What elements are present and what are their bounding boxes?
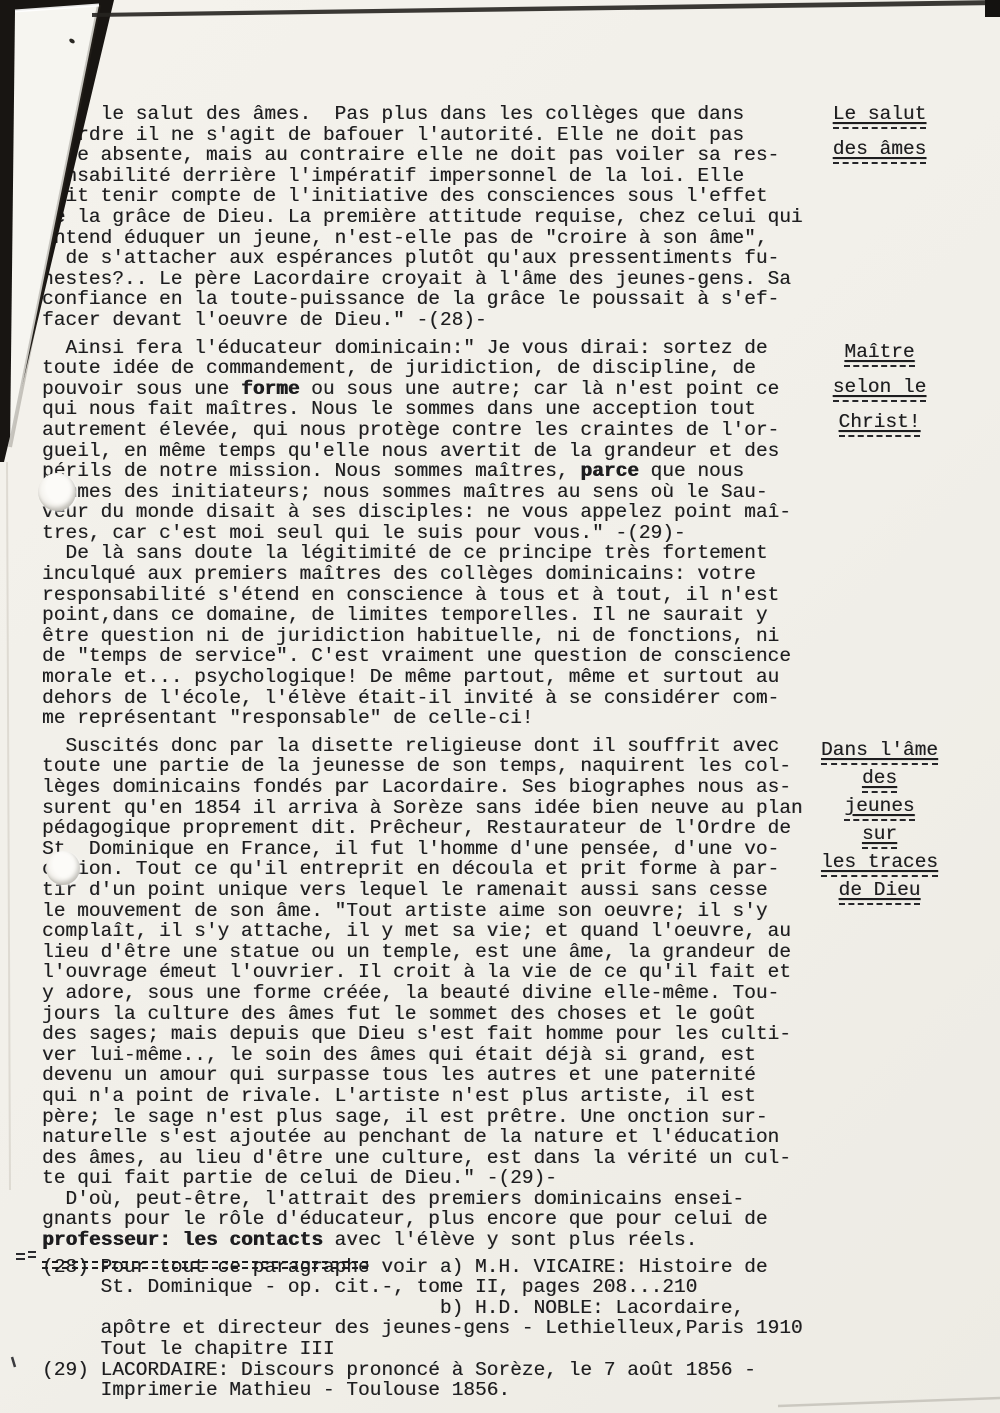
text-line: de "temps de service". C'est vraiment un…: [42, 646, 902, 667]
margin-note-line: des: [782, 767, 977, 793]
text-line: Imprimerie Mathieu - Toulouse 1856.: [42, 1380, 902, 1401]
margin-note-maitre-selon-le-christ: Maîtreselon leChrist!: [782, 341, 977, 446]
text-line: des sages; mais depuis que Dieu s'est fa…: [42, 1024, 902, 1045]
margin-note-text: Le salut: [833, 105, 927, 129]
text-line: toute idée de commandement, de juridicti…: [42, 358, 902, 379]
text-line: pédagogique proprement dit. Prêcheur, Re…: [42, 818, 902, 839]
margin-note-line: Dans l'âme: [782, 739, 977, 765]
text-line: lèges dominicains fondés par Lacordaire.…: [42, 777, 902, 798]
text-line: (29) LACORDAIRE: Discours prononcé à Sor…: [42, 1360, 902, 1381]
body-paragraph: dre: le salut des âmes. Pas plus dans le…: [42, 104, 902, 331]
text-line: père; le sage n'est plus sage, il est pr…: [42, 1107, 902, 1128]
text-line: (28) Pour tout ce paragraphe voir a) M.H…: [42, 1257, 902, 1278]
text-line: jours la culture des âmes fut le sommet …: [42, 1004, 902, 1025]
text-line: D'où, peut-être, l'attrait des premiers …: [42, 1189, 902, 1210]
text-line: l'Ordre il ne s'agit de bafouer l'autori…: [42, 125, 902, 146]
margin-note-text: des âmes: [833, 140, 927, 164]
text-line: tres, car c'est moi seul qui le suis pou…: [42, 523, 902, 544]
margin-note-text: jeunes: [844, 797, 914, 821]
text-line: professeur: les contacts avec l'élève y …: [42, 1230, 902, 1251]
text-line: des âmes, au lieu d'être une culture, es…: [42, 1148, 902, 1169]
text-line: pouvoir sous une forme ou sous une autre…: [42, 379, 902, 400]
margin-note-line: les traces: [782, 851, 977, 877]
text-line: cation. Tout ce qu'il entreprit en décou…: [42, 859, 902, 880]
text-line: le mouvement de son âme. "Tout artiste a…: [42, 901, 902, 922]
body-paragraph: De là sans doute la légitimité de ce pri…: [42, 543, 902, 728]
body-paragraph: Suscités donc par la disette religieuse …: [42, 736, 902, 1189]
text-line: gueil, en même temps qu'elle nous averti…: [42, 441, 902, 462]
text-line: responsabilité s'étend en conscience à t…: [42, 585, 902, 606]
text-line: inculqué aux premiers maîtres des collèg…: [42, 564, 902, 585]
scanned-document-page: dre: le salut des âmes. Pas plus dans le…: [0, 0, 1000, 1413]
text-line: veur du monde disait à ses disciples: ne…: [42, 502, 902, 523]
margin-note-line: Christ!: [782, 411, 977, 437]
left-edge-line: [7, 462, 10, 1190]
text-line: surent qu'en 1854 il arriva à Sorèze san…: [42, 798, 902, 819]
text-line: ponsabilité derrière l'impératif imperso…: [42, 166, 902, 187]
text-line: facer devant l'oeuvre de Dieu." -(28)-: [42, 310, 902, 331]
margin-note-line: Maître: [782, 341, 977, 367]
text-line: autrement élevée, qui nous protège contr…: [42, 420, 902, 441]
text-line: sommes des initiateurs; nous sommes maît…: [42, 482, 902, 503]
text-line: périls de notre mission. Nous sommes maî…: [42, 461, 902, 482]
top-edge-line: [92, 0, 1000, 17]
margin-apostrophe-mark: [12, 1357, 15, 1367]
text-line: Ainsi fera l'éducateur dominicain:" Je v…: [42, 338, 902, 359]
margin-note-line: Le salut: [782, 103, 977, 129]
fold-top-edge: [15, 5, 99, 11]
margin-note-text: les traces: [821, 853, 938, 877]
hole-punch: [38, 473, 76, 511]
text-line: dehors de l'école, l'élève était-il invi…: [42, 688, 902, 709]
typewritten-body: dre: le salut des âmes. Pas plus dans le…: [42, 104, 902, 1401]
margin-note-line: sur: [782, 823, 977, 849]
text-line: tir d'un point unique vers lequel le ram…: [42, 880, 902, 901]
text-line: de la grâce de Dieu. La première attitud…: [42, 207, 902, 228]
text-line: qui n'a point de rivale. L'artiste n'est…: [42, 1086, 902, 1107]
hole-punch: [46, 851, 80, 885]
text-line: toute une partie de la jeunesse de son t…: [42, 756, 902, 777]
text-line: dre: le salut des âmes. Pas plus dans le…: [42, 104, 902, 125]
text-line: entend éduquer un jeune, n'est-elle pas …: [42, 228, 902, 249]
text-line: doit tenir compte de l'initiative des co…: [42, 186, 902, 207]
text-line: confiance en la toute-puissance de la gr…: [42, 289, 902, 310]
text-line: gnants pour le rôle d'éducateur, plus en…: [42, 1209, 902, 1230]
margin-note-line: selon le: [782, 376, 977, 402]
margin-note-text: sur: [862, 825, 897, 849]
text-line: qui nous fait maîtres. Nous le sommes da…: [42, 399, 902, 420]
margin-note-text: des: [862, 769, 897, 793]
margin-note-text: de Dieu: [839, 881, 921, 905]
text-line: St. Dominique - op. cit.-, tome II, page…: [42, 1277, 902, 1298]
margin-note-line: de Dieu: [782, 879, 977, 905]
text-line: Suscités donc par la disette religieuse …: [42, 736, 902, 757]
text-line: me représentant "responsable" de celle-c…: [42, 708, 902, 729]
text-line: y adore, sous une forme créée, la beauté…: [42, 983, 902, 1004]
text-line: l'ouvrage émeut l'ouvrier. Il croit à la…: [42, 962, 902, 983]
text-line: être question ni de juridiction habituel…: [42, 626, 902, 647]
fold-speck: [68, 38, 75, 45]
text-line: te qui fait partie de celui de Dieu." -(…: [42, 1168, 902, 1189]
footnotes-block: (28) Pour tout ce paragraphe voir a) M.H…: [42, 1257, 902, 1401]
top-right-notch: [985, 0, 1000, 17]
margin-typo-marks: [16, 1252, 36, 1259]
text-line: morale et... psychologique! De même part…: [42, 667, 902, 688]
margin-note-text: Maître: [844, 343, 914, 367]
text-line: apôtre et directeur des jeunes-gens - Le…: [42, 1318, 902, 1339]
text-line: être absente, mais au contraire elle ne …: [42, 145, 902, 166]
text-line: Tout le chapitre III: [42, 1339, 902, 1360]
margin-note-text: Christ!: [839, 413, 921, 437]
text-line: nestes?.. Le père Lacordaire croyait à l…: [42, 269, 902, 290]
margin-note-text: selon le: [833, 378, 927, 402]
text-line: ver lui-même.., le soin des âmes qui éta…: [42, 1045, 902, 1066]
text-line: devenu un amour qui surpasse tous les au…: [42, 1065, 902, 1086]
margin-note-line: jeunes: [782, 795, 977, 821]
margin-note-line: des âmes: [782, 138, 977, 164]
text-line: St Dominique en France, il fut l'homme d…: [42, 839, 902, 860]
body-paragraph: Ainsi fera l'éducateur dominicain:" Je v…: [42, 338, 902, 544]
margin-note-salut-des-ames: Le salutdes âmes: [782, 103, 977, 173]
text-line: De là sans doute la légitimité de ce pri…: [42, 543, 902, 564]
text-line: naturelle s'est ajoutée au penchant de l…: [42, 1127, 902, 1148]
text-line: complaît, il s'y attache, il y met sa vi…: [42, 921, 902, 942]
text-line: point,dans ce domaine, de limites tempor…: [42, 605, 902, 626]
margin-note-text: Dans l'âme: [821, 741, 938, 765]
body-paragraph: D'où, peut-être, l'attrait des premiers …: [42, 1189, 902, 1251]
text-line: lieu d'être une statue ou un temple, est…: [42, 942, 902, 963]
text-line: " de s'attacher aux espérances plutôt qu…: [42, 248, 902, 269]
text-line: b) H.D. NOBLE: Lacordaire,: [42, 1298, 902, 1319]
margin-note-dans-lame-des-jeunes: Dans l'âmedesjeunessurles tracesde Dieu: [782, 739, 977, 907]
